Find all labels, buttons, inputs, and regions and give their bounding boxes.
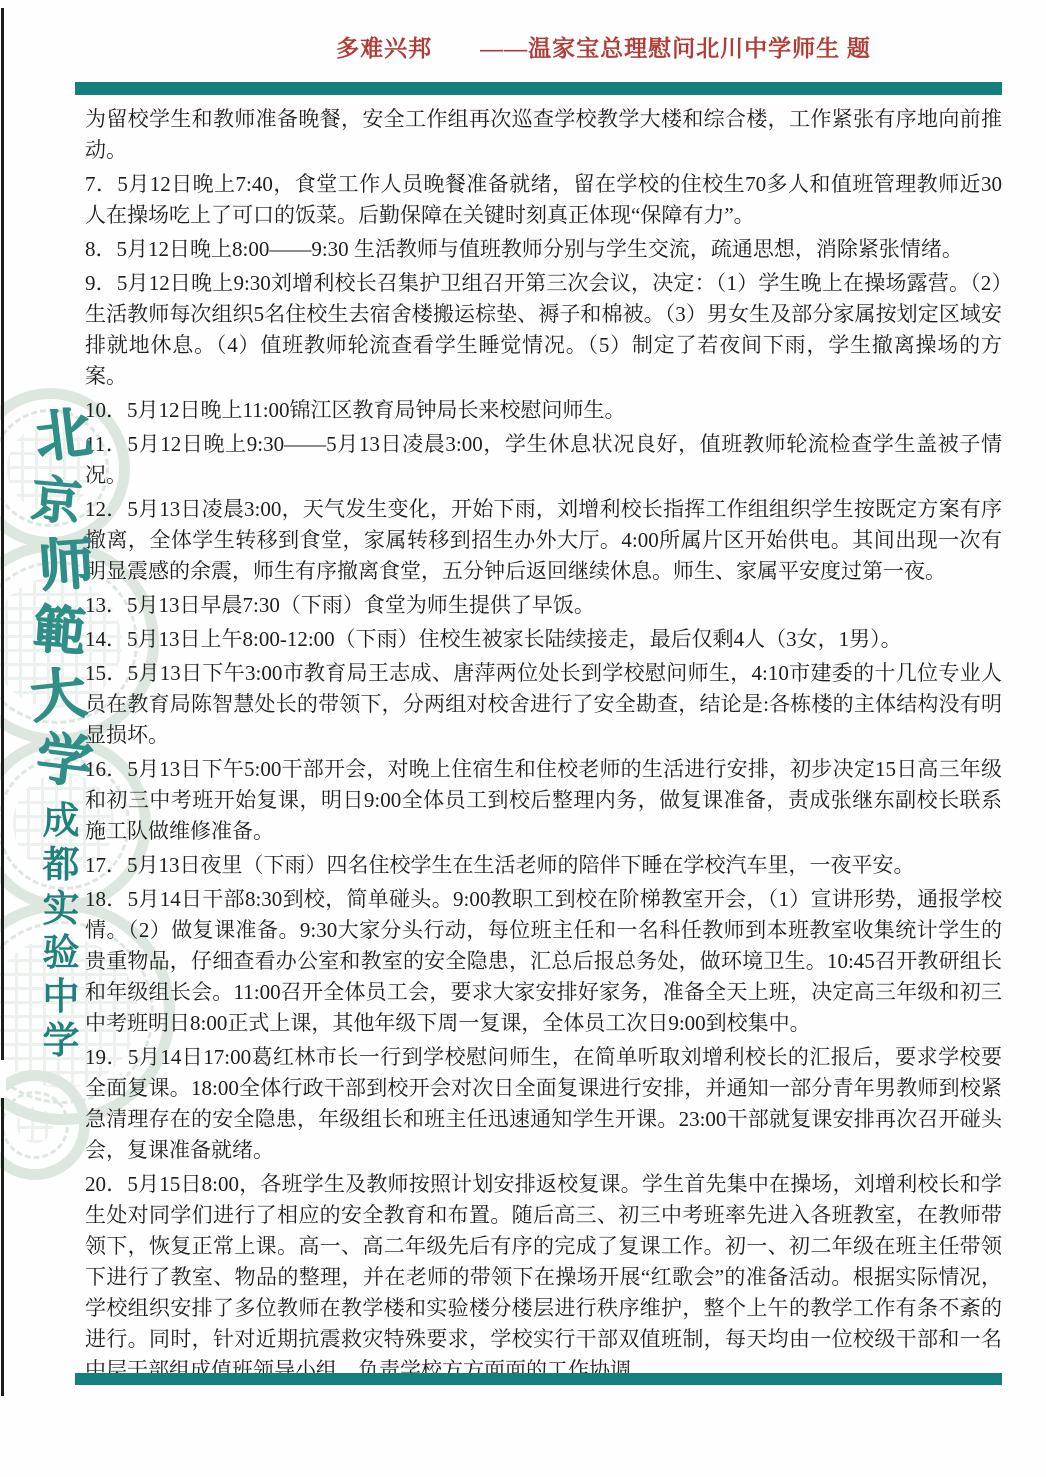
- school-name-character: 大: [10, 660, 106, 734]
- school-name-character: 学: [15, 724, 112, 799]
- header-inscription: 多难兴邦 ——温家宝总理慰问北川中学师生 题: [75, 30, 1002, 63]
- school-name-character: 北: [14, 399, 111, 474]
- school-name-branch: 成都实验中学: [16, 800, 106, 1064]
- school-name-sidebar: 北京师範大学 成都实验中学: [16, 404, 106, 1064]
- log-paragraph: 15．5月13日下午3:00市教育局王志成、唐萍两位处长到学校慰问师生，4:10…: [85, 658, 1002, 751]
- log-paragraph: 18．5月14日干部8:30到校，简单碰头。9:00教职工到校在阶梯教室开会，（…: [85, 884, 1002, 1039]
- school-name-character: 实: [16, 888, 106, 932]
- log-paragraph: 13．5月13日早晨7:30（下雨）食堂为师生提供了早饭。: [85, 590, 1002, 621]
- school-name-character: 成: [16, 800, 106, 844]
- log-paragraph: 11．5月12日晚上9:30——5月13日凌晨3:00，学生休息状况良好，值班教…: [85, 429, 1002, 491]
- school-name-character: 验: [16, 932, 106, 976]
- page-edge-line: [1, 8, 4, 1396]
- log-paragraph: 17．5月13日夜里（下雨）四名住校学生在生活老师的陪伴下睡在学校汽车里，一夜平…: [85, 850, 1002, 881]
- log-paragraph: 7．5月12日晚上7:40，食堂工作人员晚餐准备就绪，留在学校的住校生70多人和…: [85, 169, 1002, 231]
- log-paragraph: 8．5月12日晚上8:00——9:30 生活教师与值班教师分别与学生交流，疏通思…: [85, 234, 1002, 265]
- school-name-character: 京: [8, 465, 103, 538]
- log-paragraph: 10．5月12日晚上11:00锦江区教育局钟局长来校慰问师生。: [85, 395, 1002, 426]
- log-paragraph: 16．5月13日下午5:00干部开会，对晚上住宿生和住校老师的生活进行安排，初步…: [85, 754, 1002, 847]
- log-paragraph: 9．5月12日晚上9:30刘增利校长召集护卫组召开第三次会议，决定：（1）学生晚…: [85, 268, 1002, 392]
- log-paragraphs: 为留校学生和教师准备晚餐，安全工作组再次巡查学校教学大楼和综合楼，工作紧张有序地…: [85, 104, 1002, 1389]
- document-page: 多难兴邦 ——温家宝总理慰问北川中学师生 题 北京师範大学 成都实验中学 为留校…: [0, 0, 1046, 1477]
- log-paragraph: 19．5月14日17:00葛红林市长一行到学校慰问师生，在简单听取刘增利校长的汇…: [85, 1042, 1002, 1166]
- top-divider-bar: [75, 82, 1002, 95]
- bottom-divider-bar: [75, 1373, 1002, 1385]
- school-name-character: 範: [12, 596, 106, 667]
- school-name-character: 师: [19, 531, 113, 602]
- school-name-character: 学: [16, 1020, 106, 1064]
- log-paragraph: 14．5月13日上午8:00-12:00（下雨）住校生被家长陆续接走，最后仅剩4…: [85, 624, 1002, 655]
- page-edge-line-gap: [0, 1060, 6, 1098]
- log-paragraph: 12．5月13日凌晨3:00，天气发生变化，开始下雨，刘增利校长指挥工作组组织学…: [85, 494, 1002, 587]
- school-name-character: 中: [16, 976, 106, 1020]
- log-paragraph: 为留校学生和教师准备晚餐，安全工作组再次巡查学校教学大楼和综合楼，工作紧张有序地…: [85, 104, 1002, 166]
- log-paragraph: 20．5月15日8:00，各班学生及教师按照计划安排返校复课。学生首先集中在操场…: [85, 1169, 1002, 1386]
- school-name-calligraphy: 北京师範大学: [16, 404, 106, 794]
- school-name-character: 都: [16, 844, 106, 888]
